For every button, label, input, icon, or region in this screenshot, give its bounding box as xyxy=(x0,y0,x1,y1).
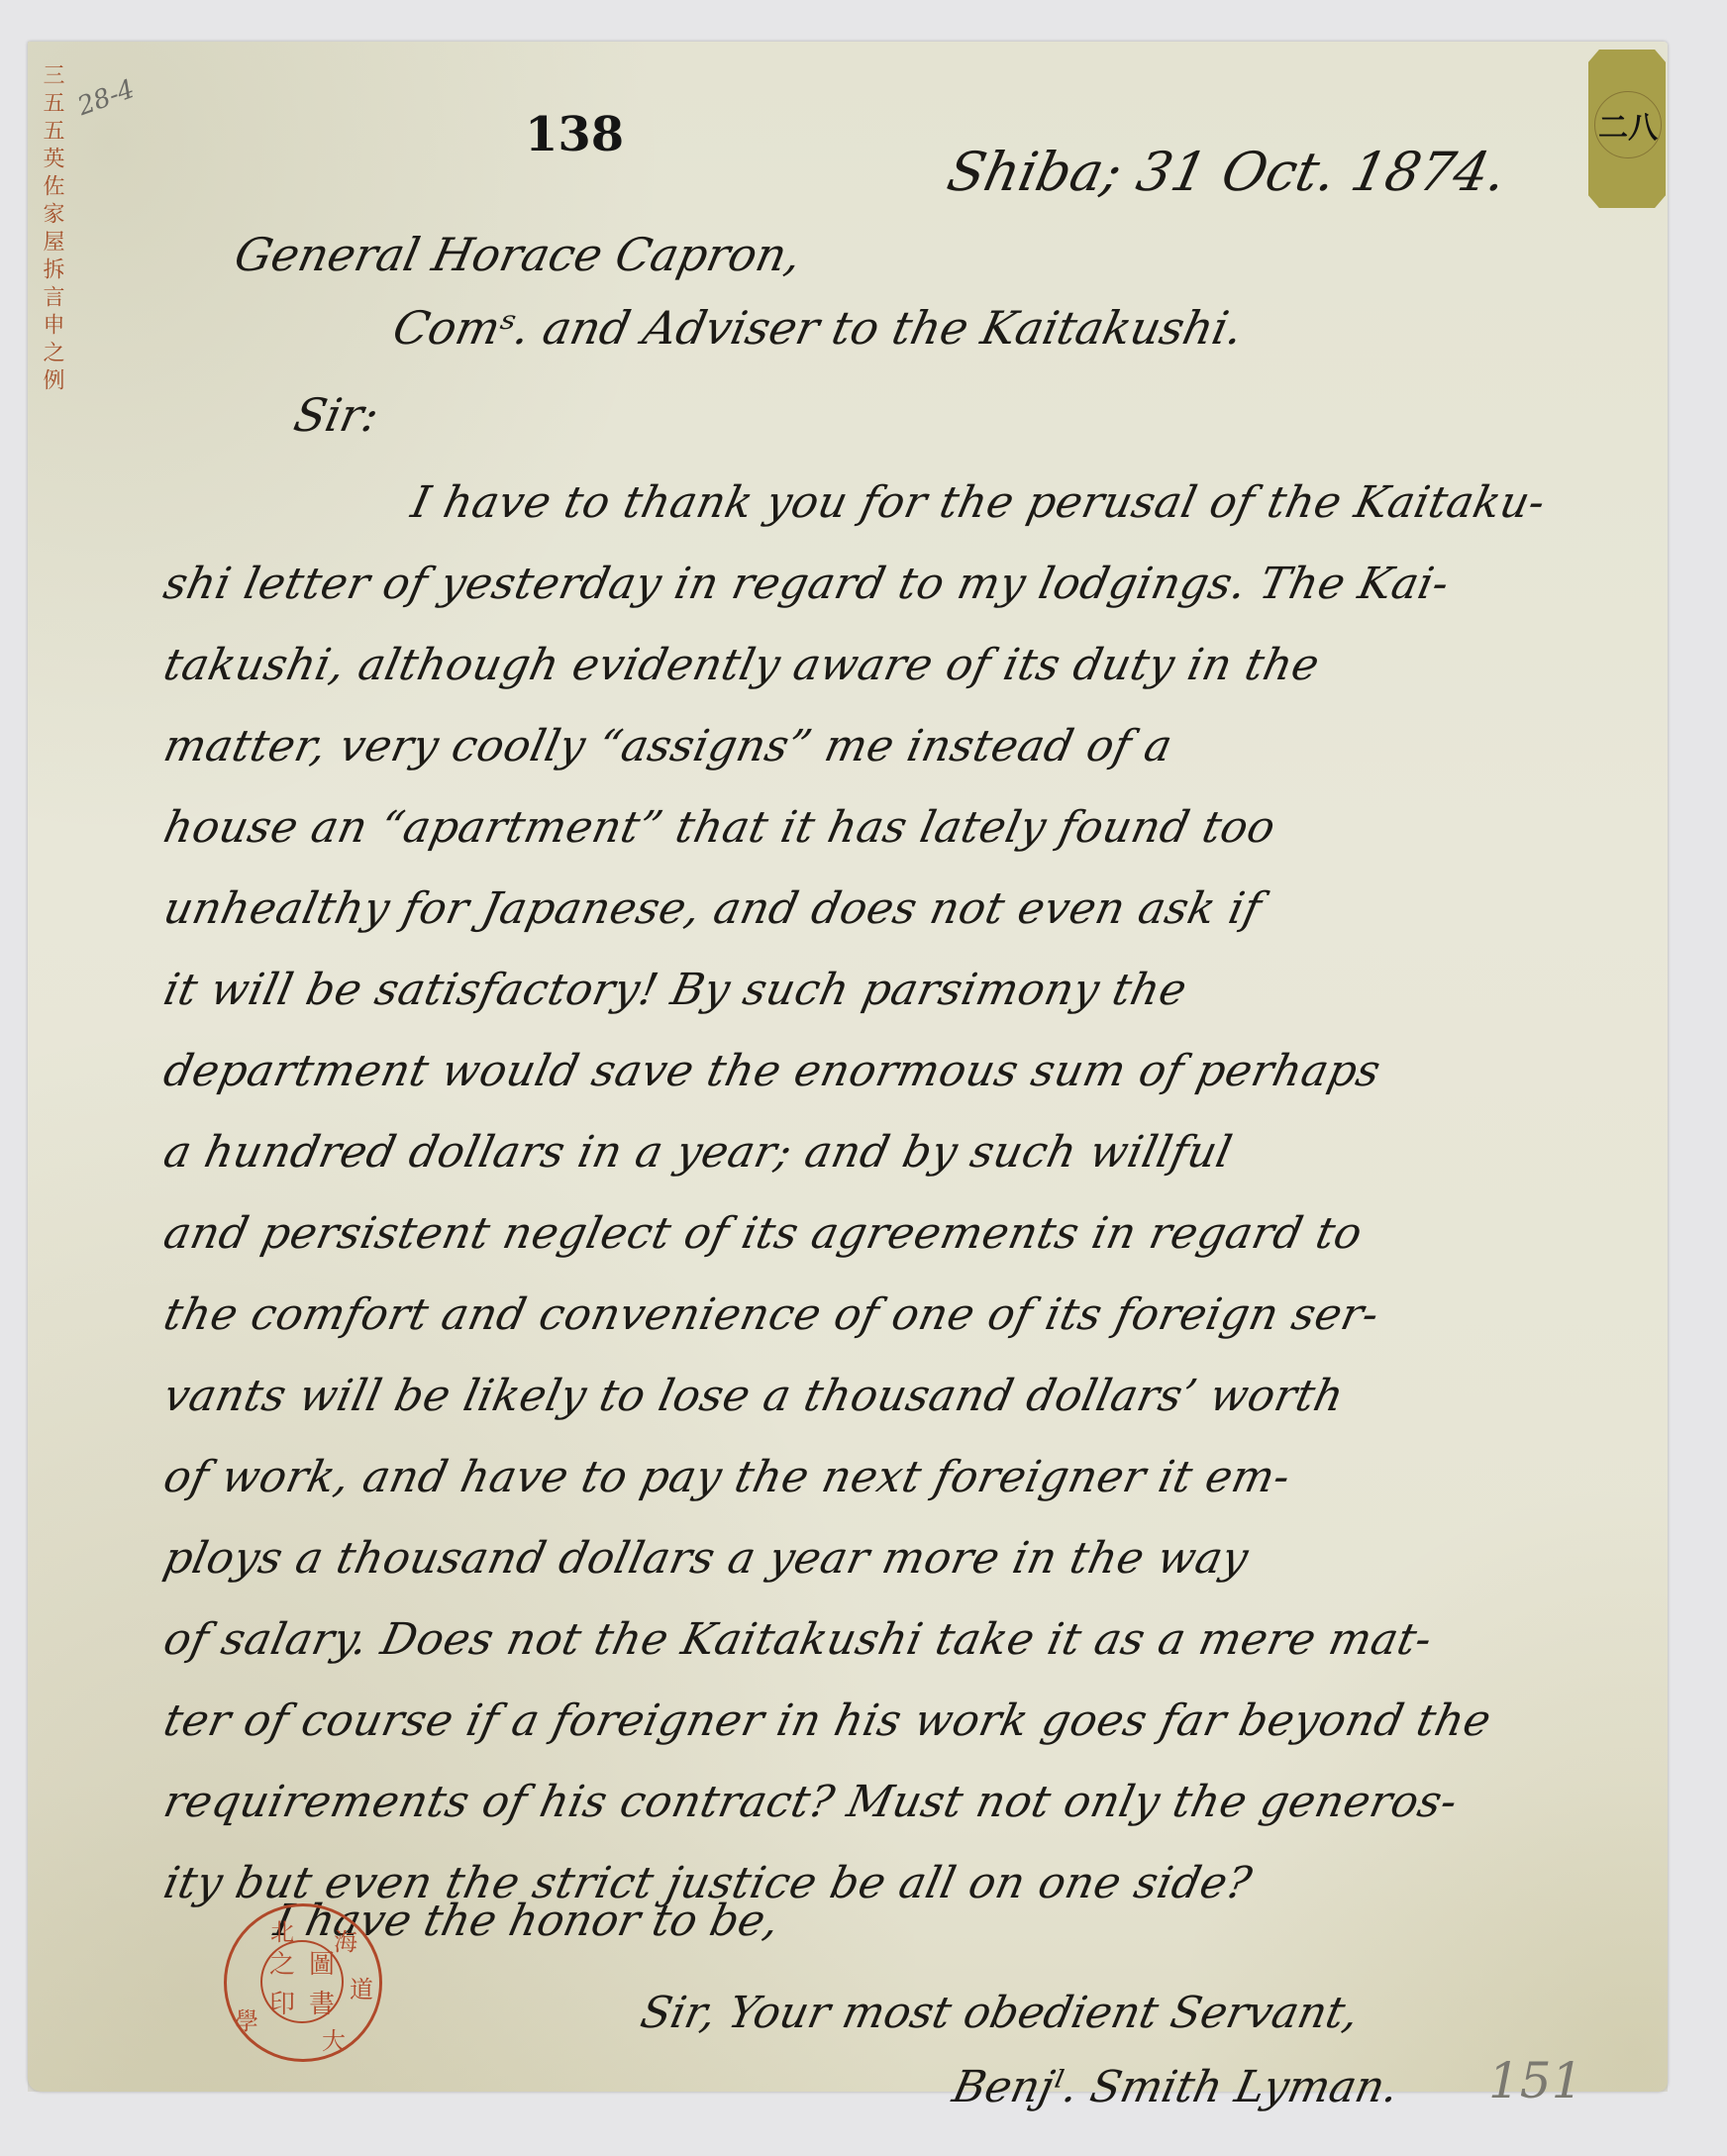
body-line: ploys a thousand dollars a year more in … xyxy=(152,1533,1556,1614)
margin-note-red-japanese: 三五五英佐家屋拆言申之例 xyxy=(38,63,67,396)
body-line: a hundred dollars in a year; and by such… xyxy=(152,1127,1556,1208)
letter-page: 三五五英佐家屋拆言申之例 28-4 二八 138 Shiba; 31 Oct. … xyxy=(28,42,1668,2092)
body-line: and persistent neglect of its agreements… xyxy=(152,1208,1556,1289)
seal-inner-char: 印 xyxy=(269,1984,295,2020)
body-line: department would save the enormous sum o… xyxy=(152,1046,1556,1127)
body-line: I have to thank you for the perusal of t… xyxy=(152,477,1556,559)
body-line: unhealthy for Japanese, and does not eve… xyxy=(152,883,1556,965)
seal-inner-char: 書 xyxy=(309,1984,335,2020)
body-line: house an “apartment” that it has lately … xyxy=(152,802,1556,883)
seal-outer-char: 大 xyxy=(322,2021,346,2056)
salutation: Sir: xyxy=(289,388,383,442)
seal-outer-char: 學 xyxy=(235,2002,258,2036)
seal-inner-char: 圖 xyxy=(309,1944,335,1981)
body-line: matter, very coolly “assigns” me instead… xyxy=(152,721,1556,802)
body-line: requirements of his contract? Must not o… xyxy=(152,1777,1556,1858)
body-line: it will be satisfactory! By such parsimo… xyxy=(152,965,1556,1046)
body-line: ter of course if a foreigner in his work… xyxy=(152,1695,1556,1777)
dateline: Shiba; 31 Oct. 1874. xyxy=(942,141,1512,203)
margin-pencil-note: 28-4 xyxy=(74,74,139,122)
library-seal-stamp: 北 海 道 大 學 之 圖 印 書 xyxy=(224,1903,382,2062)
body-line: vants will be likely to lose a thousand … xyxy=(152,1371,1556,1452)
seal-outer-char: 道 xyxy=(350,1970,373,2004)
body-line: shi letter of yesterday in regard to my … xyxy=(152,559,1556,640)
valediction: Sir, Your most obedient Servant, xyxy=(637,1988,1364,2038)
folio-number: 151 xyxy=(1488,2052,1582,2109)
body-line: of salary. Does not the Kaitakushi take … xyxy=(152,1614,1556,1695)
corner-tab: 二八 xyxy=(1588,50,1666,208)
addressee: General Horace Capron, xyxy=(230,228,806,281)
body-line: the comfort and convenience of one of it… xyxy=(152,1289,1556,1371)
addressee-title: Comˢ. and Adviser to the Kaitakushi. xyxy=(388,301,1248,355)
body-line: takushi, although evidently aware of its… xyxy=(152,640,1556,721)
signature: Benjˡ. Smith Lyman. xyxy=(949,2062,1403,2112)
seal-outer-char: 海 xyxy=(334,1922,357,1957)
stamped-page-number: 138 xyxy=(525,107,624,162)
seal-inner-char: 之 xyxy=(269,1944,295,1981)
seal-inner-ring: 之 圖 印 書 xyxy=(260,1940,344,2023)
corner-tab-label: 二八 xyxy=(1594,91,1662,158)
letter-body: I have to thank you for the perusal of t… xyxy=(161,477,1548,1939)
body-line: of work, and have to pay the next foreig… xyxy=(152,1452,1556,1533)
